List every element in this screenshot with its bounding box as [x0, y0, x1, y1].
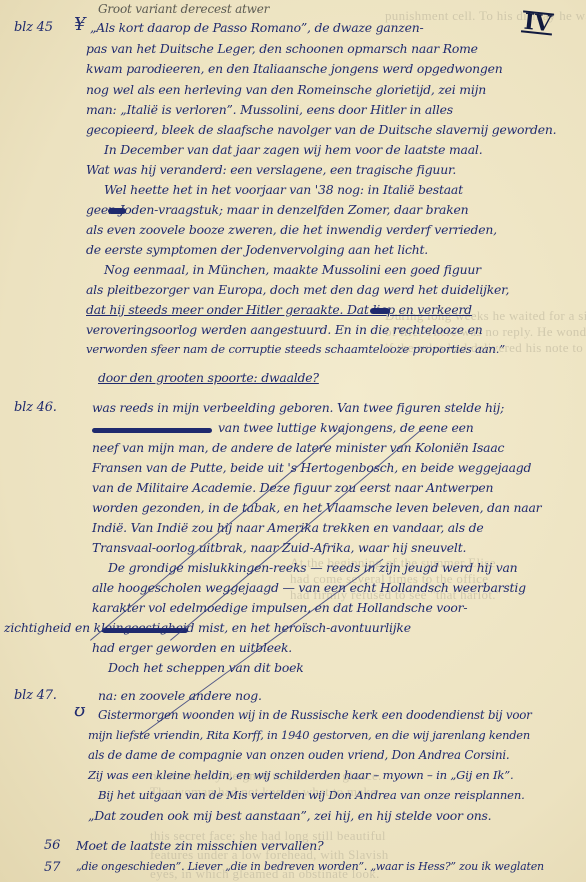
text-line: verworden sfeer nam de corruptie steeds … — [86, 342, 505, 356]
text-line: pas van het Duitsche Leger, den schoonen… — [86, 41, 478, 56]
text-line: de eerste symptomen der Jodenvervolging … — [86, 242, 428, 257]
text-line: geen Joden-vraagstuk; maar in denzelfden… — [86, 202, 468, 217]
text-line: gecopieerd, bleek de slaafsche navolger … — [86, 122, 556, 137]
text-line: als de dame de compagnie van onzen ouden… — [88, 748, 510, 762]
text-line: als even zoovele booze zweren, die het i… — [86, 222, 497, 237]
correction-line: door den grooten spoorte: dwaalde? — [98, 370, 319, 385]
text-line: kwam parodieeren, en den Italiaansche jo… — [86, 61, 503, 76]
text-line: karakter vol edelmoedige impulsen, en da… — [92, 600, 467, 615]
text-line: „Dat zouden ook mij best aanstaan”, zei … — [88, 808, 491, 823]
text-line: Zij was een kleine heldin, en wij schild… — [88, 768, 513, 782]
text-line: dat hij steeds meer onder Hitler geraakt… — [86, 302, 472, 317]
text-line: Gistermorgen woonden wij in de Russische… — [98, 708, 532, 722]
text-line: „Als kort daarop de Passo Romano”, de dw… — [90, 20, 424, 35]
text-line: nog wel als een herleving van den Romein… — [86, 82, 486, 97]
text-line: man: „Italië is verloren”. Mussolini, ee… — [86, 102, 453, 117]
text-line: Bij het uitgaan van de Mis vertelden wij… — [98, 788, 525, 802]
margin-ref-56: 56 — [44, 838, 60, 853]
text-line: was reeds in mijn verbeelding geboren. V… — [92, 400, 504, 415]
text-line: Doch het scheppen van dit boek — [108, 660, 304, 675]
manuscript-page: punishment cell. To his dismay he was Du… — [0, 0, 586, 882]
text-line: Nog eenmaal, in München, maakte Mussolin… — [104, 262, 481, 277]
text-line: Wel heette het in het voorjaar van '38 n… — [104, 182, 463, 197]
text-line: van twee luttige kwajongens, de eene een — [218, 420, 474, 435]
margin-ref-blz47: blz 47. — [14, 688, 57, 703]
text-line: van de Militaire Academie. Deze figuur z… — [92, 480, 493, 495]
insertion-mark-icon: ¥ — [74, 14, 85, 35]
text-line: Fransen van de Putte, beide uit 's Herto… — [92, 460, 531, 475]
strikethrough-blot — [92, 428, 212, 433]
text-line: „die ongeschieden”. Liever „die in bedre… — [76, 860, 544, 873]
text-line: worden gezonden, in de tabak, en het Vla… — [92, 500, 541, 515]
text-line: Indië. Van Indië zou hij naar Amerika tr… — [92, 520, 484, 535]
strikethrough-blot — [102, 628, 188, 633]
insertion-mark-icon: ʊ — [74, 700, 85, 721]
text-line: neef van mijn man, de andere de latere m… — [92, 440, 504, 455]
margin-ref-blz45: blz 45 — [14, 20, 53, 35]
pencil-note: Groot variant derecest atwer — [98, 2, 269, 16]
text-line: na: en zoovele andere nog. — [98, 688, 262, 703]
text-line: Moet de laatste zin misschien vervallen? — [76, 838, 323, 853]
text-line: mijn liefste vriendin, Rita Korff, in 19… — [88, 728, 530, 742]
text-line: veroveringsoorlog werden aangestuurd. En… — [86, 322, 483, 337]
ink-blot — [108, 208, 126, 214]
page-marker: IV — [521, 10, 555, 35]
text-line: zichtigheid en kleingeestigheid mist, en… — [4, 620, 411, 635]
margin-ref-57: 57 — [44, 860, 60, 875]
text-line: als pleitbezorger van Europa, doch met d… — [86, 282, 509, 297]
text-line: In December van dat jaar zagen wij hem v… — [104, 142, 482, 157]
ink-blot — [370, 308, 390, 314]
text-line: Wat was hij veranderd: een verslagene, e… — [86, 162, 456, 177]
margin-ref-blz46: blz 46. — [14, 400, 57, 415]
